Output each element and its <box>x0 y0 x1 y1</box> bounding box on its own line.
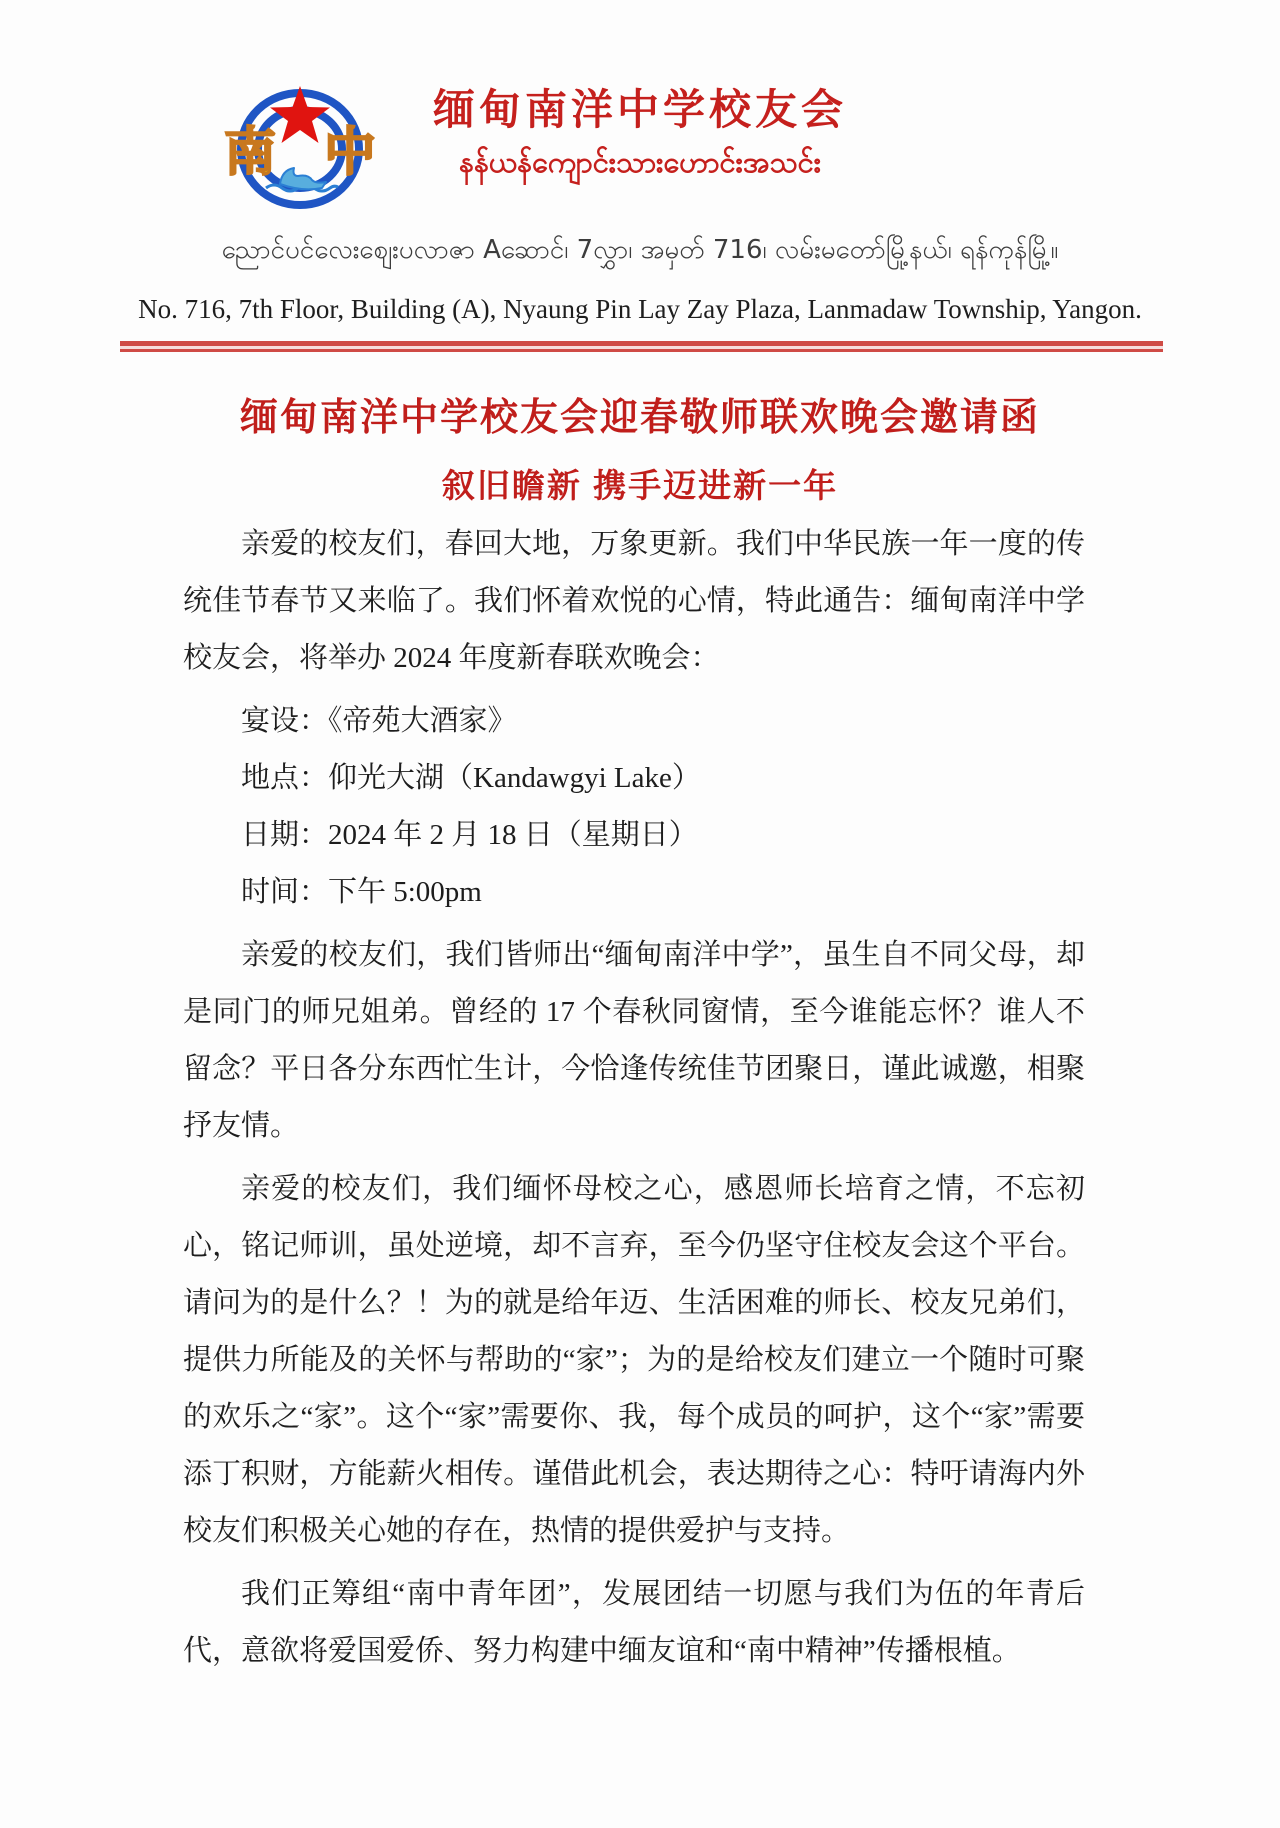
logo-char-right: 中 <box>324 124 376 182</box>
detail-time: 时间：下午 5:00pm <box>183 864 1085 921</box>
detail-venue: 宴设：《帝苑大酒家》 <box>183 693 1085 750</box>
letter-body: 亲爱的校友们，春回大地，万象更新。我们中华民族一年一度的传统佳节春节又来临了。我… <box>183 516 1085 1686</box>
letter-subtitle: 叙旧瞻新 携手迈进新一年 <box>0 460 1280 507</box>
paragraph-announcement: 亲爱的校友们，春回大地，万象更新。我们中华民族一年一度的传统佳节春节又来临了。我… <box>183 516 1085 687</box>
org-name-burmese: နန်ယန်ကျောင်းသားဟောင်းအသင်း <box>395 142 885 182</box>
address-burmese: ညောင်ပင်လေးစျေးပလာဇာ Aဆောင်၊ 7လွှာ၊ အမှတ… <box>0 232 1280 271</box>
alumni-association-logo: 南 中 <box>220 84 380 210</box>
letter-title: 缅甸南洋中学校友会迎春敬师联欢晚会邀请函 <box>0 386 1280 441</box>
address-english: No. 716, 7th Floor, Building (A), Nyaung… <box>0 294 1280 325</box>
event-details: 宴设：《帝苑大酒家》 地点：仰光大湖（Kandawgyi Lake） 日期：20… <box>183 693 1085 921</box>
letterhead-brand: 缅甸南洋中学校友会 နန်ယန်ကျောင်းသားဟောင်းအသင်း <box>395 86 885 182</box>
paragraph-youth-group: 我们正筹组“南中青年团”，发展团结一切愿与我们为伍的年青后代，意欲将爱国爱侨、努… <box>183 1566 1085 1680</box>
org-name-chinese: 缅甸南洋中学校友会 <box>395 86 885 134</box>
detail-date: 日期：2024 年 2 月 18 日（星期日） <box>183 807 1085 864</box>
logo-boat-icon <box>280 168 326 189</box>
logo-char-left: 南 <box>224 124 276 182</box>
letterhead-divider <box>120 341 1163 352</box>
invitation-letter-page: 南 中 缅甸南洋中学校友会 နန်ယန်ကျောင်းသားဟောင်းအသင်… <box>0 0 1280 1828</box>
paragraph-mission: 亲爱的校友们，我们缅怀母校之心，感恩师长培育之情，不忘初心，铭记师训，虽处逆境，… <box>183 1161 1085 1560</box>
detail-location: 地点：仰光大湖（Kandawgyi Lake） <box>183 750 1085 807</box>
paragraph-reunion: 亲爱的校友们，我们皆师出“缅甸南洋中学”，虽生自不同父母，却是同门的师兄姐弟。曾… <box>183 927 1085 1155</box>
